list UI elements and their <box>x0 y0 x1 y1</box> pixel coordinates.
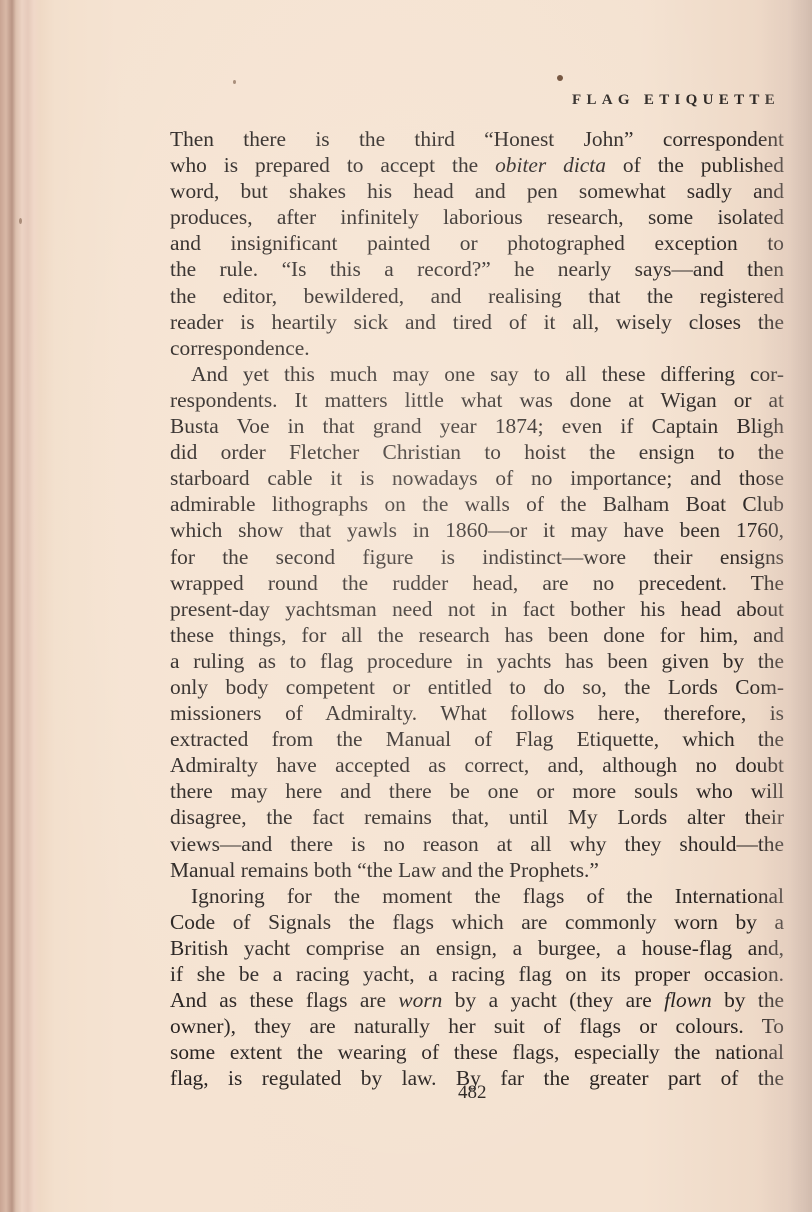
text-line: present-day yachtsman need not in fact b… <box>170 596 784 622</box>
paragraph-1: Then there is the third “Honest John” co… <box>170 126 784 361</box>
text-line: and insignificant painted or photographe… <box>170 230 784 256</box>
text-line: some extent the wearing of these flags, … <box>170 1039 784 1065</box>
body-text: Then there is the third “Honest John” co… <box>170 126 784 1091</box>
text-line: And yet this much may one say to all the… <box>170 361 784 387</box>
page-number: 482 <box>458 1082 487 1104</box>
text-line: there may here and there be one or more … <box>170 778 784 804</box>
text-line: the editor, bewildered, and realising th… <box>170 283 784 309</box>
text-fragment: who is prepared to accept the <box>170 153 495 177</box>
text-line: these things, for all the research has b… <box>170 622 784 648</box>
text-fragment: of the published <box>606 153 784 177</box>
paragraph-2: And yet this much may one say to all the… <box>170 361 784 883</box>
italic-phrase: worn <box>398 988 442 1012</box>
text-line: disagree, the fact remains that, until M… <box>170 804 784 830</box>
text-line: And as these flags are worn by a yacht (… <box>170 987 784 1013</box>
text-line: for the second figure is indistinct—wore… <box>170 544 784 570</box>
book-page: FLAG ETIQUETTE Then there is the third “… <box>0 0 812 1212</box>
text-line: only body competent or entitled to do so… <box>170 674 784 700</box>
ink-spot <box>557 75 563 81</box>
text-line: produces, after infinitely laborious res… <box>170 204 784 230</box>
italic-phrase: obiter dicta <box>495 153 606 177</box>
text-line: reader is heartily sick and tired of it … <box>170 309 784 335</box>
text-line: which show that yawls in 1860—or it may … <box>170 517 784 543</box>
text-fragment: by the <box>712 988 784 1012</box>
text-line: respondents. It matters little what was … <box>170 387 784 413</box>
text-fragment: by a yacht (they are <box>442 988 664 1012</box>
paragraph-3: Ignoring for the moment the flags of the… <box>170 883 784 1092</box>
text-line: British yacht comprise an ensign, a burg… <box>170 935 784 961</box>
text-line: word, but shakes his head and pen somewh… <box>170 178 784 204</box>
text-line: Code of Signals the flags which are comm… <box>170 909 784 935</box>
text-line: starboard cable it is nowadays of no imp… <box>170 465 784 491</box>
text-line: Manual remains both “the Law and the Pro… <box>170 857 784 883</box>
text-line: correspondence. <box>170 335 784 361</box>
text-line: Admiralty have accepted as correct, and,… <box>170 752 784 778</box>
text-line: owner), they are naturally her suit of f… <box>170 1013 784 1039</box>
running-head: FLAG ETIQUETTE <box>572 92 780 109</box>
text-line: extracted from the Manual of Flag Etique… <box>170 726 784 752</box>
text-line: if she be a racing yacht, a racing flag … <box>170 961 784 987</box>
text-line: admirable lithographs on the walls of th… <box>170 491 784 517</box>
text-line: the rule. “Is this a record?” he nearly … <box>170 256 784 282</box>
ink-spot <box>233 80 236 84</box>
text-line: missioners of Admiralty. What follows he… <box>170 700 784 726</box>
text-line: Then there is the third “Honest John” co… <box>170 126 784 152</box>
ink-spot <box>19 218 22 224</box>
italic-phrase: flown <box>664 988 712 1012</box>
text-fragment: And as these flags are <box>170 988 398 1012</box>
text-line: views—and there is no reason at all why … <box>170 831 784 857</box>
text-line: Busta Voe in that grand year 1874; even … <box>170 413 784 439</box>
text-line: Ignoring for the moment the flags of the… <box>170 883 784 909</box>
text-line: wrapped round the rudder head, are no pr… <box>170 570 784 596</box>
text-line: a ruling as to flag procedure in yachts … <box>170 648 784 674</box>
text-line: did order Fletcher Christian to hoist th… <box>170 439 784 465</box>
text-line: who is prepared to accept the obiter dic… <box>170 152 784 178</box>
